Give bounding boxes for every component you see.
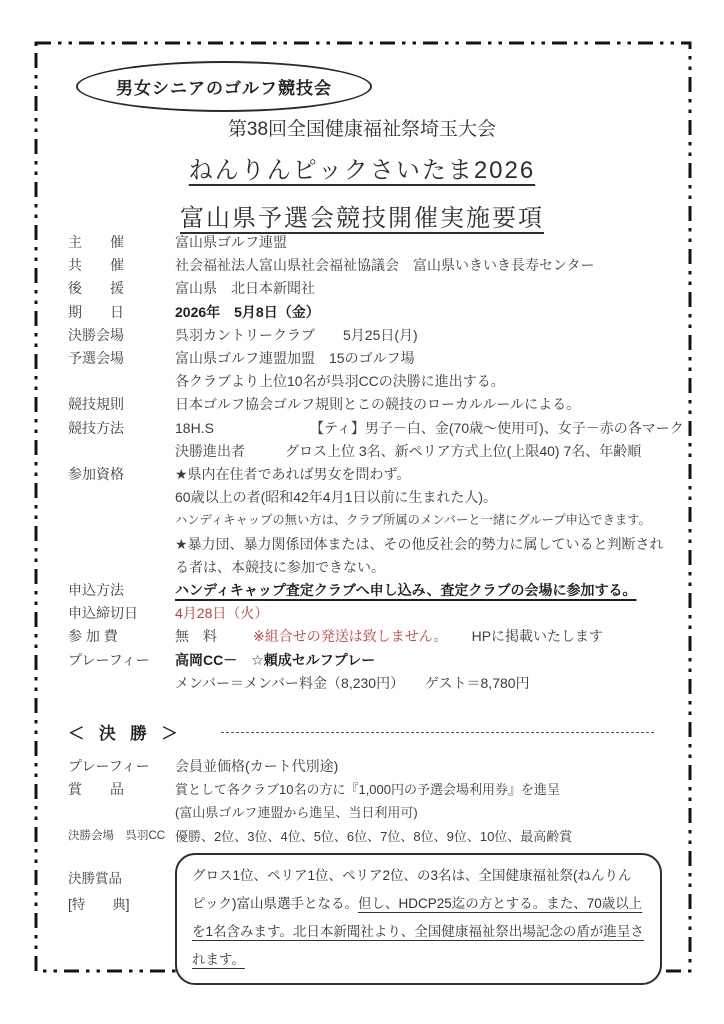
row-label: 競技方法	[68, 417, 175, 463]
row-value: 会員並価格(カート代別途)	[175, 755, 662, 778]
row-playfee: プレーフィー 高岡CC－ ☆頼成セルフプレー メンバー＝メンバー料金（8,230…	[68, 649, 662, 695]
row-value: 4月28日（火）	[175, 602, 662, 625]
eligibility-line-2: 60歳以上の者(昭和42年4月1日以前に生まれた人)。	[175, 486, 664, 509]
row-label: 参 加 費	[68, 625, 175, 648]
row-value: ハンディキャップ査定クラブへ申し込み、査定クラブの会場に参加する。	[175, 579, 662, 602]
flyer-page: 男女シニアのゴルフ競技会 第38回全国健康福祉祭埼玉大会 ねんりんピックさいたま…	[0, 0, 724, 1024]
fee-hp-note: HPに掲載いたします	[472, 628, 603, 644]
final-section-heading: ＜ 決 勝 ＞	[68, 720, 183, 744]
row-value: 社会福祉法人富山県社会福祉協議会 富山県いきいき長寿センター	[175, 254, 662, 277]
row-final-venue: 決勝会場 呉羽カントリークラブ 5月25日(月)	[68, 324, 662, 347]
row-label: プレーフィー	[68, 755, 175, 778]
row-value: 呉羽カントリークラブ 5月25日(月)	[175, 324, 662, 347]
qualifier-venue-value: 富山県ゴルフ連盟加盟 15のゴルフ場	[175, 347, 662, 370]
row-deadline: 申込締切日 4月28日（火）	[68, 602, 662, 625]
row-label: 期 日	[68, 301, 175, 324]
row-value: 高岡CC－ ☆頼成セルフプレー メンバー＝メンバー料金（8,230円） ゲスト＝…	[175, 649, 662, 695]
row-label: 賞 品	[68, 778, 175, 824]
row-label: 決勝会場 呉羽CC	[68, 825, 175, 848]
row-eligibility: 参加資格 ★県内在住者であれば男女を問わず。 60歳以上の者(昭和42年4月1日…	[68, 463, 662, 579]
row-value: 富山県ゴルフ連盟加盟 15のゴルフ場 各クラブより上位10名が呉羽CCの決勝に進…	[175, 347, 662, 393]
row-final-playfee: プレーフィー 会員並価格(カート代別途)	[68, 755, 662, 778]
prize-line-1: 賞として各クラブ10名の方に『1,000円の予選会場利用券』を進呈	[175, 778, 662, 801]
row-label: 共 催	[68, 254, 175, 277]
document-title: 富山県予選会競技開催実施要項	[36, 198, 688, 233]
row-value: 2026年 5月8日（金）	[175, 301, 662, 324]
final-section-heading-row: ＜ 決 勝 ＞	[68, 719, 662, 745]
row-label: 予選会場	[68, 347, 175, 393]
row-label: 申込方法	[68, 579, 175, 602]
fee-free: 無 料	[175, 625, 253, 648]
prize-line-2: (富山県ゴルフ連盟から進呈、当日利用可)	[175, 801, 662, 824]
row-value: 無 料※組合せの発送は致しません。HPに掲載いたします	[175, 625, 662, 648]
special-prize-label-1: 決勝賞品	[68, 867, 175, 887]
event-category-badge: 男女シニアのゴルフ競技会	[76, 61, 372, 112]
eligibility-line-1: ★県内在住者であれば男女を問わず。	[175, 463, 664, 486]
event-title: 第38回全国健康福祉祭埼玉大会	[36, 114, 688, 141]
row-qualifier-venue: 予選会場 富山県ゴルフ連盟加盟 15のゴルフ場 各クラブより上位10名が呉羽CC…	[68, 347, 662, 393]
special-prize-label-2: [特 典]	[68, 893, 175, 913]
row-value: 18H.S【ティ】男子－白、金(70歳～使用可)、女子－赤の各マーク 決勝進出者…	[175, 417, 684, 463]
eligibility-line-3: ハンディキャップの無い方は、クラブ所属のメンバーと一緒にグループ申込できます。	[175, 509, 664, 532]
row-value: 富山県 北日本新聞社	[175, 277, 662, 300]
row-fee: 参 加 費 無 料※組合せの発送は致しません。HPに掲載いたします	[68, 625, 662, 648]
row-value: ★県内在住者であれば男女を問わず。 60歳以上の者(昭和42年4月1日以前に生ま…	[175, 463, 664, 579]
row-date: 期 日 2026年 5月8日（金）	[68, 301, 662, 324]
row-label: プレーフィー	[68, 649, 175, 695]
row-support: 後 援 富山県 北日本新聞社	[68, 277, 662, 300]
eligibility-line-5: る者は、本競技に参加できない。	[175, 556, 664, 579]
playfee-sub: メンバー＝メンバー料金（8,230円） ゲスト＝8,780円	[175, 672, 662, 695]
info-table: 主 催 富山県ゴルフ連盟 共 催 社会福祉法人富山県社会福祉協議会 富山県いきい…	[68, 231, 662, 985]
row-method: 競技方法 18H.S【ティ】男子－白、金(70歳～使用可)、女子－赤の各マーク …	[68, 417, 662, 463]
row-label: 後 援	[68, 277, 175, 300]
row-rules: 競技規則 日本ゴルフ協会ゴルフ規則とこの競技のローカルルールによる。	[68, 393, 662, 416]
special-prize-labels: 決勝賞品 [特 典]	[68, 853, 175, 985]
event-subtitle: ねんりんピックさいたま2026	[36, 150, 688, 185]
row-label: 申込締切日	[68, 602, 175, 625]
playfee-main: 高岡CC－ ☆頼成セルフプレー	[175, 649, 662, 672]
dashed-separator	[221, 732, 654, 733]
row-value: 日本ゴルフ協会ゴルフ規則とこの競技のローカルルールによる。	[175, 393, 662, 416]
badge-label: 男女シニアのゴルフ競技会	[116, 74, 332, 99]
method-qualifiers-label: 決勝進出者	[175, 440, 285, 463]
row-label: 参加資格	[68, 463, 175, 579]
title-block: 第38回全国健康福祉祭埼玉大会 ねんりんピックさいたま2026 富山県予選会競技…	[36, 114, 688, 246]
row-label: 競技規則	[68, 393, 175, 416]
row-label: 決勝会場	[68, 324, 175, 347]
special-prize-box: グロス1位、ペリア1位、ペリア2位、の3名は、全国健康福祉祭(ねんりんピック)富…	[175, 853, 662, 985]
row-organizer: 主 催 富山県ゴルフ連盟	[68, 231, 662, 254]
method-tee: 【ティ】男子－白、金(70歳～使用可)、女子－赤の各マーク	[310, 420, 684, 436]
row-final-prize: 賞 品 賞として各クラブ10名の方に『1,000円の予選会場利用券』を進呈 (富…	[68, 778, 662, 824]
row-final-venue-awards: 決勝会場 呉羽CC 優勝、2位、3位、4位、5位、6位、7位、8位、9位、10位…	[68, 825, 662, 848]
row-label: 主 催	[68, 231, 175, 254]
method-qualifiers: グロス上位 3名、新ペリア方式上位(上限40) 7名、年齢順	[285, 443, 641, 459]
fee-notice: ※組合せの発送は致しません。	[253, 628, 448, 644]
method-holes: 18H.S	[175, 417, 310, 440]
row-value: 優勝、2位、3位、4位、5位、6位、7位、8位、9位、10位、最高齢賞	[175, 825, 662, 848]
qualifier-venue-note: 各クラブより上位10名が呉羽CCの決勝に進出する。	[175, 370, 662, 393]
method-line-2: 決勝進出者グロス上位 3名、新ペリア方式上位(上限40) 7名、年齢順	[175, 440, 684, 463]
row-value: 賞として各クラブ10名の方に『1,000円の予選会場利用券』を進呈 (富山県ゴル…	[175, 778, 662, 824]
special-prize-section: 決勝賞品 [特 典] グロス1位、ペリア1位、ペリア2位、の3名は、全国健康福祉…	[68, 853, 662, 985]
row-application: 申込方法 ハンディキャップ査定クラブへ申し込み、査定クラブの会場に参加する。	[68, 579, 662, 602]
row-value: 富山県ゴルフ連盟	[175, 231, 662, 254]
row-co-organizer: 共 催 社会福祉法人富山県社会福祉協議会 富山県いきいき長寿センター	[68, 254, 662, 277]
method-line-1: 18H.S【ティ】男子－白、金(70歳～使用可)、女子－赤の各マーク	[175, 417, 684, 440]
eligibility-line-4: ★暴力団、暴力関係団体または、その他反社会的勢力に属していると判断され	[175, 533, 664, 556]
